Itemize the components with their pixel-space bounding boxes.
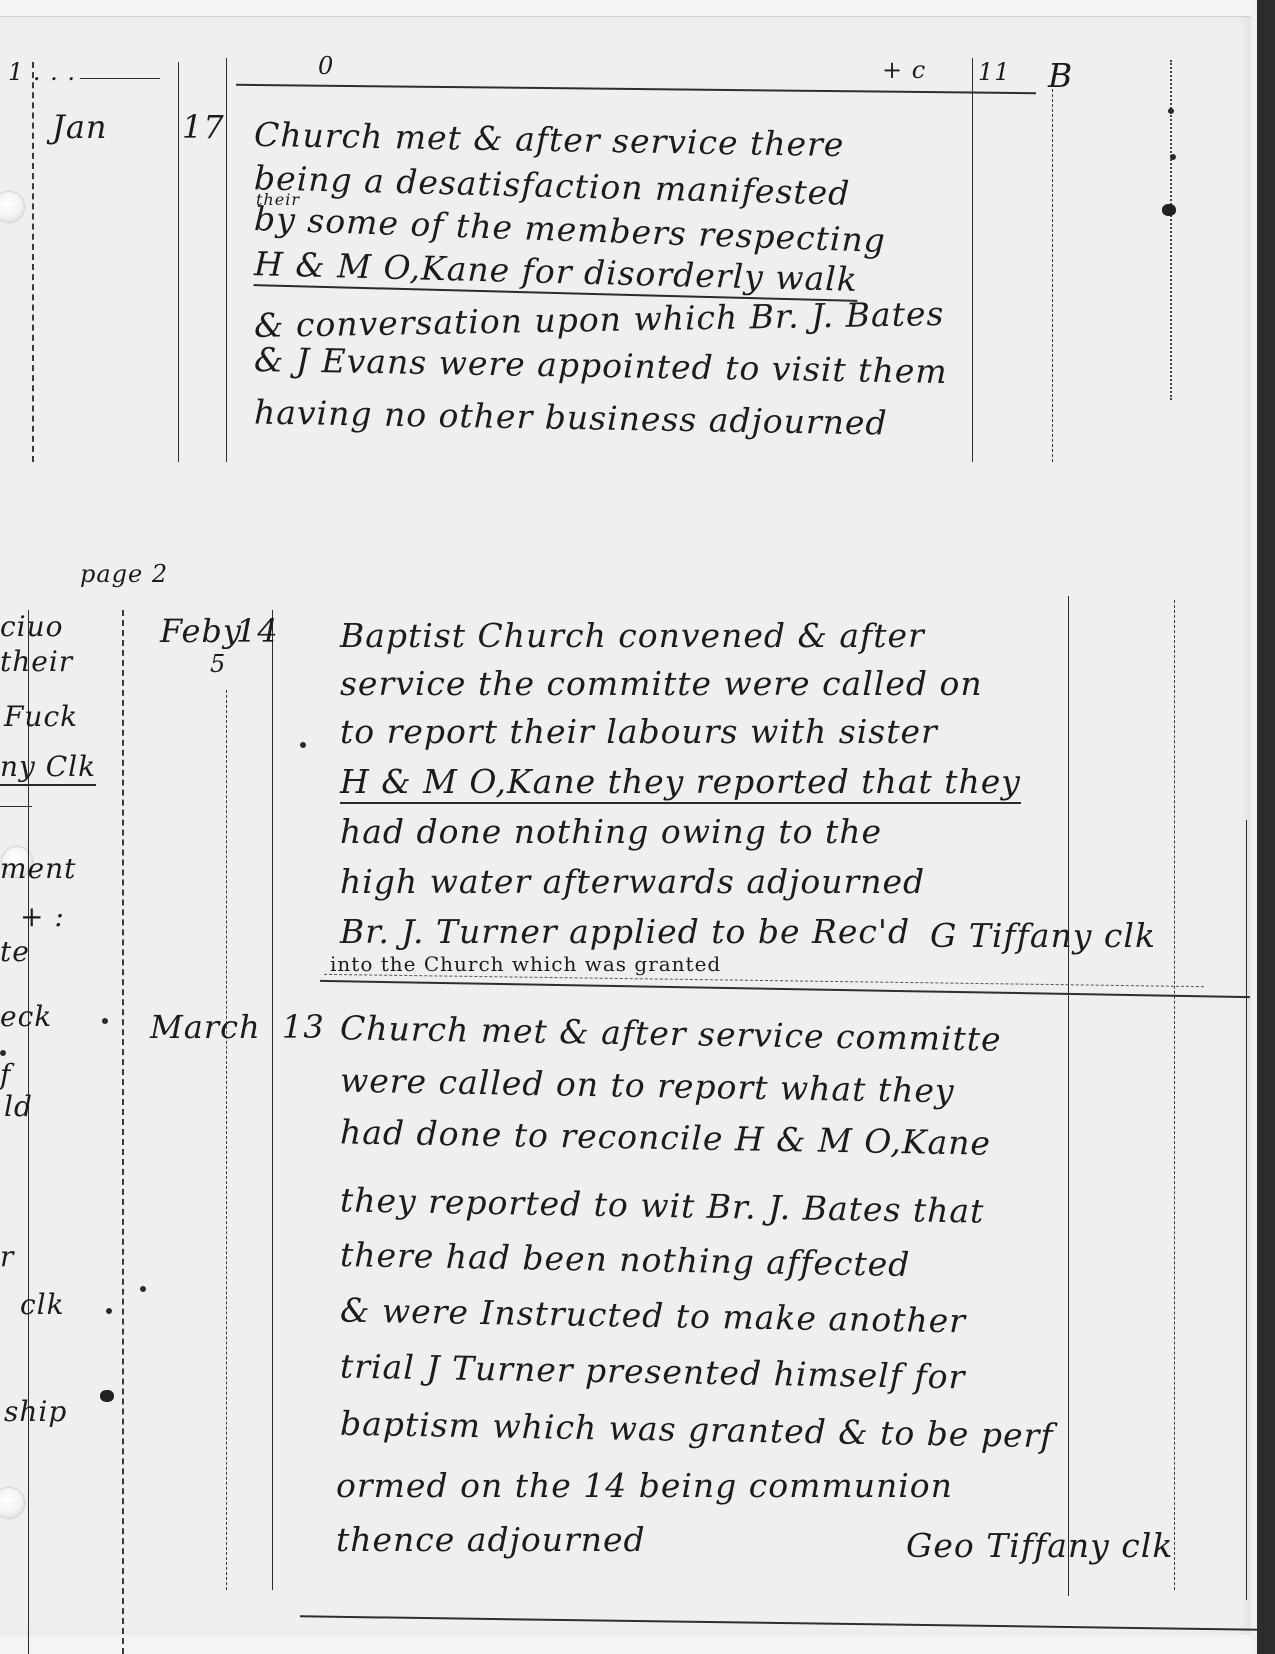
lower-day-rule <box>272 610 273 1590</box>
lower-right-rule <box>1246 820 1247 1600</box>
header-mark-0: 0 <box>318 52 334 80</box>
top-left-margin-rule <box>32 62 34 462</box>
lower-left-rule <box>122 610 124 1654</box>
entry-march-line-9: ormed on the 14 being communion <box>336 1466 953 1505</box>
entry-feb-line-7: Br. J. Turner applied to be Rec'd <box>340 912 910 951</box>
margin-fragment: r <box>0 1240 14 1273</box>
ink-speck <box>300 742 306 748</box>
ink-blot <box>1162 204 1176 216</box>
entry-feb-line-5: had done nothing owing to the <box>340 812 882 851</box>
ink-speck <box>140 1286 146 1292</box>
ink-speck <box>1170 154 1176 160</box>
ink-speck <box>106 1308 112 1314</box>
entry-march-month: March <box>150 1008 261 1046</box>
margin-fragment: f <box>0 1058 11 1091</box>
page-note: page 2 <box>80 560 168 588</box>
margin-fragment: ny Clk <box>0 750 96 786</box>
entry-feb-line-1: Baptist Church convened & after <box>340 616 925 655</box>
entry-march-day: 13 <box>282 1008 325 1046</box>
margin-fragment: te <box>0 935 30 968</box>
margin-fragment: eck <box>0 1000 52 1033</box>
entry-jan-month: Jan <box>52 108 108 146</box>
lower-amount-rule-1 <box>1068 596 1069 1596</box>
top-month-rule <box>178 62 179 462</box>
margin-fragment: ment <box>0 852 76 885</box>
margin-fragment: ld <box>4 1090 33 1123</box>
lower-month-rule <box>226 690 227 1590</box>
entry-jan-day: 17 <box>182 108 225 146</box>
entry-feb-note: into the Church which was granted <box>330 952 721 976</box>
margin-fragment: + : <box>20 900 65 933</box>
margin-fragment: Fuck <box>4 700 78 733</box>
top-corner-rule <box>80 78 160 79</box>
entry-feb-line-4: H & M O,Kane they reported that they <box>340 762 1021 804</box>
header-mark-11: 11 <box>978 58 1011 86</box>
header-mark-plus: + c <box>882 56 926 84</box>
margin-fragment: ciuo <box>0 610 64 643</box>
top-amount-rule-1 <box>972 58 973 462</box>
entry-feb-line-6: high water afterwards adjourned <box>340 862 925 901</box>
ink-speck <box>0 1050 6 1056</box>
ink-speck <box>1168 108 1174 114</box>
entry-feb-day: 14 <box>236 612 279 650</box>
top-amount-rule-2 <box>1052 84 1053 462</box>
entry-feb-sub-mark: 5 <box>210 650 226 678</box>
margin-short-rule <box>0 806 32 807</box>
margin-fragment: clk <box>20 1288 65 1321</box>
entry-feb-line-3: to report their labours with sister <box>340 712 938 751</box>
top-corner-marks: 1 . . . <box>8 58 76 86</box>
entry-march-signature: Geo Tiffany clk <box>906 1526 1173 1565</box>
entry-march-line-10: thence adjourned <box>336 1520 646 1559</box>
ink-speck <box>102 1018 108 1024</box>
entry-feb-month: Feby <box>160 612 242 650</box>
ink-blot <box>100 1390 114 1402</box>
lower-amount-rule-2 <box>1174 600 1175 1590</box>
entry-feb-line-2: service the committe were called on <box>340 664 983 703</box>
margin-fragment: ship <box>4 1395 67 1428</box>
margin-fragment: their <box>0 645 73 678</box>
top-day-rule <box>226 58 227 462</box>
entry-feb-signature: G Tiffany clk <box>930 916 1156 955</box>
binder-edge <box>1257 0 1275 1654</box>
header-mark-b: B <box>1048 56 1073 95</box>
